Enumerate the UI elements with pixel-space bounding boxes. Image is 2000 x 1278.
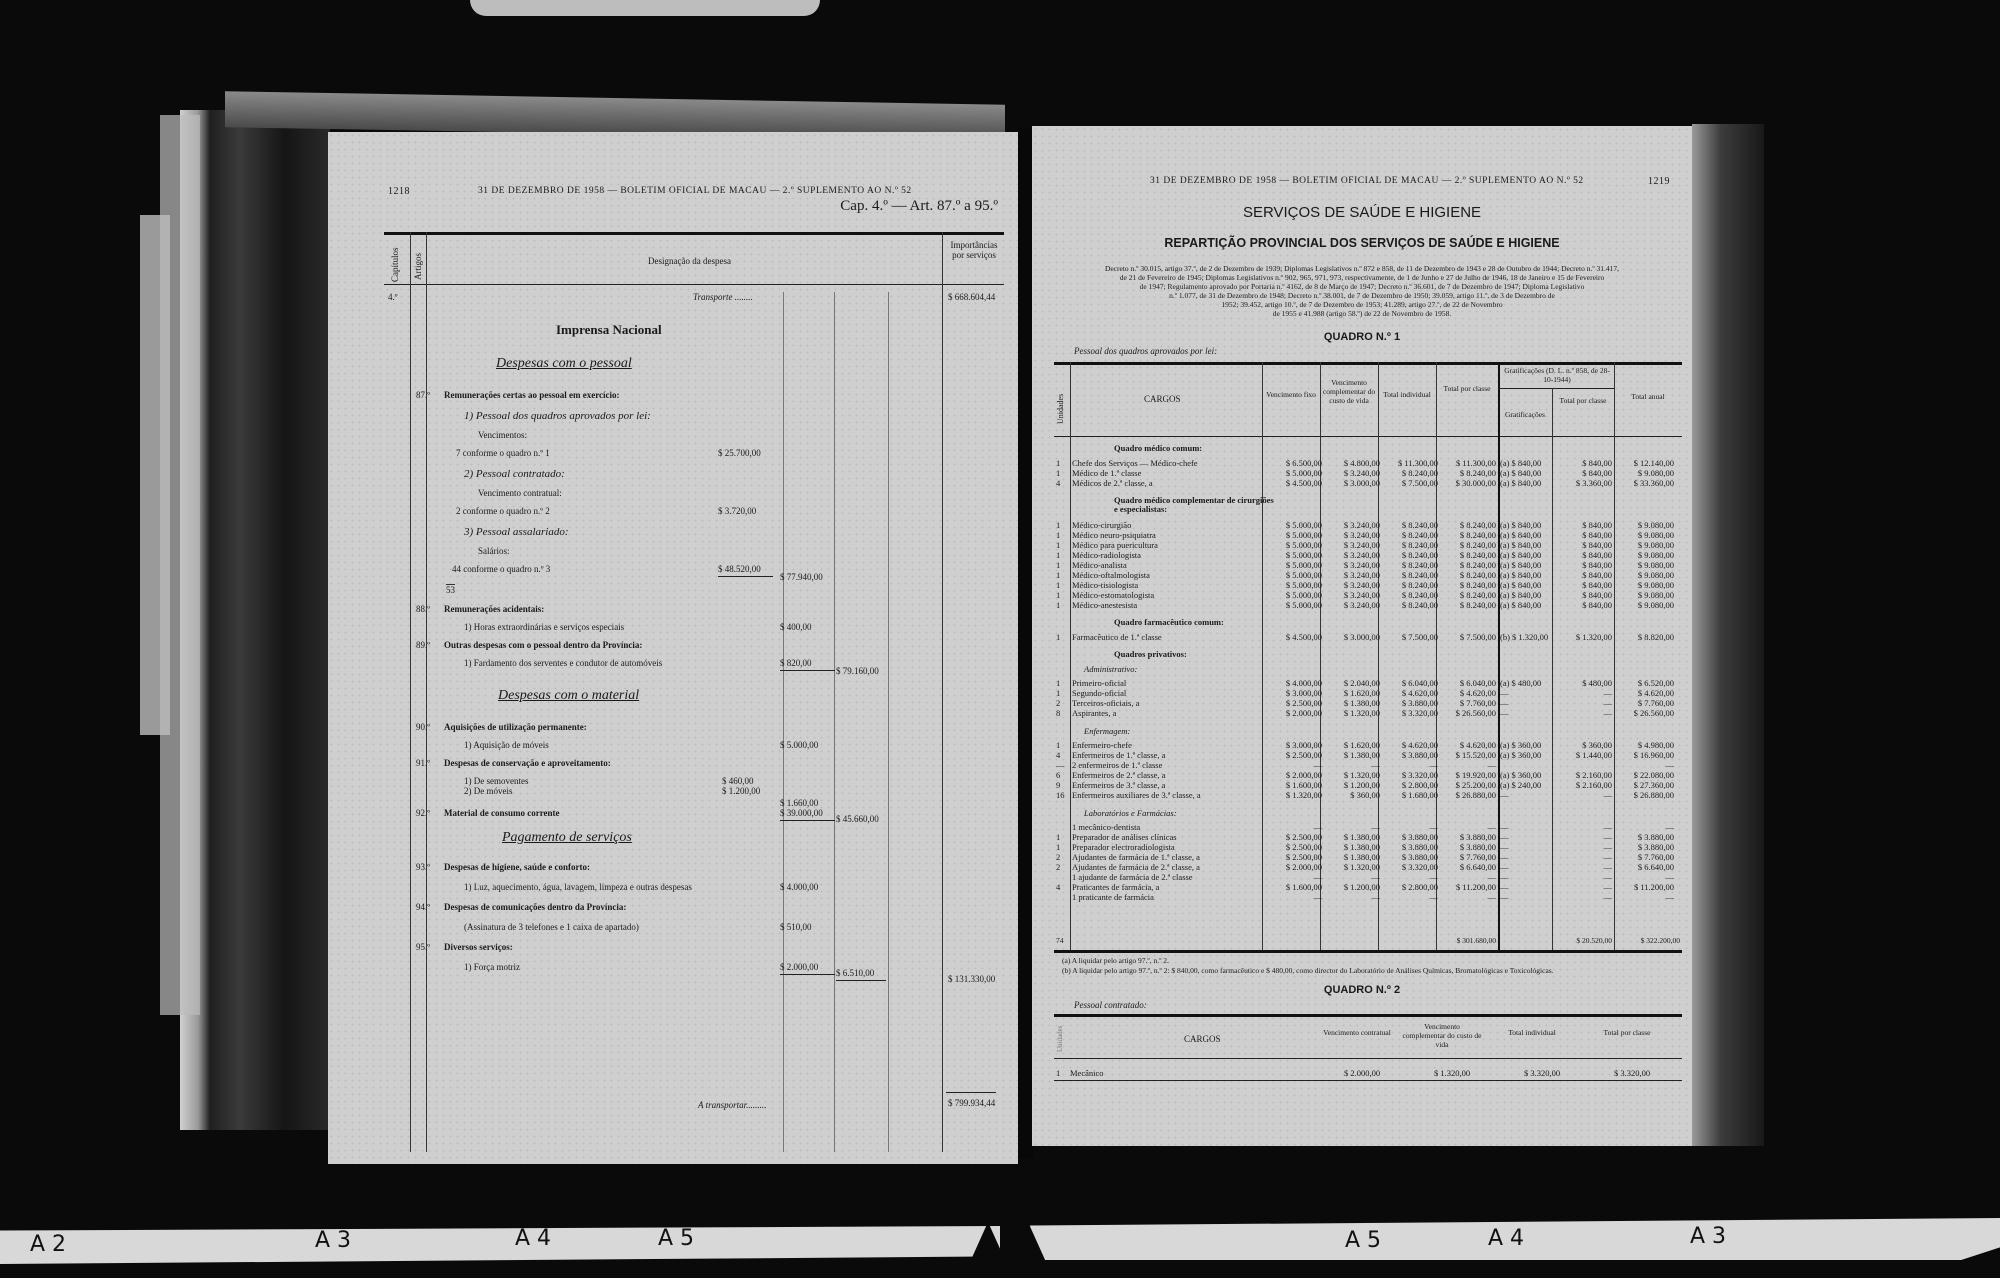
cell-u: 2 [1056,698,1060,708]
cell-vf: $ 5.000,00 [1264,530,1322,540]
cell-gt: $ 840,00 [1554,520,1612,530]
cell-ti: $ 2.800,00 [1380,780,1438,790]
cell-vc: $ 3.000,00 [1322,478,1380,488]
table-row: 1Enfermeiro-chefe$ 3.000,00$ 1.620,00$ 4… [1054,740,1682,750]
cell-vc: $ 1.380,00 [1322,832,1380,842]
cell-ta: $ 9.080,00 [1616,570,1674,580]
cell-g: — [1500,842,1509,852]
cell-vf: $ 2.000,00 [1264,770,1322,780]
cell-tc: — [1438,892,1496,902]
cell-u: 1 [1056,842,1060,852]
cell-ti: $ 8.240,00 [1380,570,1438,580]
cell-ti: — [1380,872,1438,882]
a-transportar-label: A transportar......... [698,1100,766,1110]
cell-vf: $ 2.500,00 [1264,750,1322,760]
cell-ti: $ 7.500,00 [1380,478,1438,488]
cell-tc: $ 8.240,00 [1438,560,1496,570]
table-row: 1Primeiro-oficial$ 4.000,00$ 2.040,00$ 6… [1054,678,1682,688]
cell-ta: $ 26.880,00 [1616,790,1674,800]
cell-g: — [1500,688,1509,698]
cell-gt: — [1554,698,1612,708]
table-row: 1 ajudante de farmácia de 2.ª classe————… [1054,872,1682,882]
cell-tc: $ 4.620,00 [1438,740,1496,750]
item-line: 1) Aquisição de móveis [464,740,549,750]
cell-g: (a) $ 840,00 [1500,550,1541,560]
cell-tc: $ 8.240,00 [1438,530,1496,540]
table-row: 1Farmacêutico de 1.ª classe$ 4.500,00$ 3… [1054,632,1682,642]
cell-u: 1 [1056,740,1060,750]
item-line: 2) De móveis [464,786,513,796]
cell-g: (a) $ 840,00 [1500,590,1541,600]
table-row: 1Médico para puericultura$ 5.000,00$ 3.2… [1054,540,1682,550]
frame-mark: A 4 [1488,1226,1524,1251]
item-line: 1) De semoventes [464,776,528,786]
quadro2-title: QUADRO N.º 2 [1032,984,1692,996]
table-row: 2Ajudantes de farmácia de 1.ª classe, a$… [1054,852,1682,862]
cell-gt: — [1554,688,1612,698]
cell-tc: — [1438,872,1496,882]
section-heading: Quadro médico comum: [1114,444,1274,453]
section-subheading: Administrativo: [1084,664,1137,674]
service-total: $ 131.330,00 [948,974,995,984]
table-row: 1 Mecânico $ 2.000,00 $ 1.320,00 $ 3.320… [1054,1068,1682,1078]
cell-ta: $ 4.620,00 [1616,688,1674,698]
cell-ta: — [1616,892,1674,902]
item-value: $ 5.000,00 [780,740,818,750]
cell-gt: — [1554,822,1612,832]
cell-u: 2 [1056,862,1060,872]
group-total: $ 79.160,00 [836,666,879,676]
cell-gt: $ 840,00 [1554,600,1612,610]
cell-u: 1 [1056,600,1060,610]
q1-col-grat: Gratificações [1498,410,1552,419]
cell-ti: $ 3.320,00 [1380,770,1438,780]
frame-mark: A 5 [1345,1228,1381,1253]
cell-u: 9 [1056,780,1060,790]
cell-g: (a) $ 840,00 [1500,570,1541,580]
cell-tc: $ 11.300,00 [1438,458,1496,468]
cell-vf: $ 5.000,00 [1264,560,1322,570]
item-line: 1) Luz, aquecimento, água, lavagem, limp… [464,882,692,892]
cell-vf: $ 2.000,00 [1264,708,1322,718]
cell-cargo: Médico neuro-psiquiatra [1072,530,1156,540]
cell-g: (a) $ 840,00 [1500,478,1541,488]
cell-gt: — [1554,852,1612,862]
table-row: 1 praticante de farmácia——————— [1054,892,1682,902]
book-page-stack-right [1692,124,1764,1146]
section-title: Imprensa Nacional [556,322,662,338]
cell-cargo: 1 mecânico-dentista [1072,822,1140,832]
cell-cargo: Ajudantes de farmácia de 2.ª classe, a [1072,862,1200,872]
cell-u: 16 [1056,790,1065,800]
table-row: 1Médico-oftalmologista$ 5.000,00$ 3.240,… [1054,570,1682,580]
cell-ta: $ 9.080,00 [1616,590,1674,600]
cell-g: — [1500,832,1509,842]
cell-tc: $ 3.880,00 [1438,832,1496,842]
cell-tc: $ 8.240,00 [1438,468,1496,478]
cell-cargo: Enfermeiros de 3.ª classe, a [1072,780,1165,790]
article-title: Aquisições de utilização permanente: [444,722,587,732]
cell-u: 1 [1056,540,1060,550]
cell-cargo: Segundo-oficial [1072,688,1126,698]
item-value: $ 4.000,00 [780,882,818,892]
cell-u: 1 [1056,458,1060,468]
item-sub: Vencimento contratual: [478,488,562,498]
item-value: $ 48.520,00 [718,564,761,574]
item-line: 1) Horas extraordinárias e serviços espe… [464,622,624,632]
item-line: 1) Fardamento dos serventes e condutor d… [464,658,662,668]
table-row: 1Preparador electroradiologista$ 2.500,0… [1054,842,1682,852]
cell-ti: — [1380,822,1438,832]
q1-col-total-ind: Total individual [1378,390,1436,399]
cell-vc: $ 1.380,00 [1322,842,1380,852]
cell-ti: $ 8.240,00 [1380,540,1438,550]
cell-cargo: Aspirantes, a [1072,708,1116,718]
q1-col-venc-compl: Vencimento complementar do custo de vida [1320,378,1378,405]
cell-vc: $ 3.000,00 [1322,632,1380,642]
cell-u: 1 [1056,570,1060,580]
cell-tc: $ 8.240,00 [1438,520,1496,530]
cell-g: — [1500,698,1509,708]
cell-g: (a) $ 840,00 [1500,580,1541,590]
cell-ti: $ 3.880,00 [1380,842,1438,852]
item-label: 1) Pessoal dos quadros aprovados por lei… [464,410,651,422]
cell-gt: $ 840,00 [1554,550,1612,560]
cell-vc: $ 1.320,00 [1322,770,1380,780]
cell-gt: $ 840,00 [1554,540,1612,550]
cell-g: (a) $ 840,00 [1500,560,1541,570]
article-title: Remunerações certas ao pessoal em exercí… [444,390,620,400]
cell-gt: $ 360,00 [1554,740,1612,750]
q1-total-anual: $ 322.200,00 [1614,936,1680,945]
cell-vf: $ 1.320,00 [1264,790,1322,800]
cell-ta: $ 33.360,00 [1616,478,1674,488]
cell-vc: — [1322,822,1380,832]
cell-cargo: Terceiros-oficiais, a [1072,698,1139,708]
cell-g: — [1500,892,1509,902]
section-subheading: Enfermagem: [1084,726,1130,736]
cell-vc: $ 360,00 [1322,790,1380,800]
cell-ti: $ 4.620,00 [1380,740,1438,750]
cell-gt: $ 840,00 [1554,560,1612,570]
cell-vf: $ 2.500,00 [1264,698,1322,708]
quadro1-title: QUADRO N.º 1 [1032,331,1692,343]
cell-vf: $ 1.600,00 [1264,780,1322,790]
cell-vf: $ 5.000,00 [1264,600,1322,610]
cell-cargo: Médico-oftalmologista [1072,570,1150,580]
cell-ta: $ 3.880,00 [1616,832,1674,842]
q1-total-classe: $ 301.680,00 [1436,936,1496,945]
cell-tc: — [1438,760,1496,770]
cell-vf: $ 4.500,00 [1264,632,1322,642]
film-top-edge [470,0,820,16]
subtotal-value: $ 1.660,00 [780,798,818,808]
q1-total-grat: $ 20.520,00 [1552,936,1612,945]
cell-cargo: Preparador electroradiologista [1072,842,1175,852]
cell-tc: $ 7.760,00 [1438,852,1496,862]
table-row: 1Médico de 1.ª classe$ 5.000,00$ 3.240,0… [1054,468,1682,478]
table-row: 1Médico-anestesista$ 5.000,00$ 3.240,00$… [1054,600,1682,610]
group-total: $ 6.510,00 [836,968,874,978]
col-artigos: Artigos [413,246,423,280]
cell-tc: $ 26.880,00 [1438,790,1496,800]
q1-col-total-anual: Total anual [1614,392,1682,401]
group-heading: Despesas com o material [498,688,639,704]
cell-vf: — [1264,872,1322,882]
cell-tc: $ 26.560,00 [1438,708,1496,718]
article-number: 94.º [416,902,430,912]
transporte-label: Transporte ........ [693,292,753,302]
quadro1-body: Quadro médico comum:1Chefe dos Serviços … [1054,444,1682,964]
cell-gt: $ 2.160,00 [1554,780,1612,790]
cell-ti: $ 8.240,00 [1380,530,1438,540]
cell-cargo: Praticantes de farmácia, a [1072,882,1159,892]
cell-vc: $ 1.200,00 [1322,882,1380,892]
q2-col-compl: Vencimento complementar do custo de vida [1402,1022,1482,1049]
cell-u: 4 [1056,882,1060,892]
cell-u: 1 [1056,688,1060,698]
item-value: $ 3.720,00 [718,506,756,516]
cell-cargo: Ajudantes de farmácia de 1.ª classe, a [1072,852,1200,862]
cell-tc: $ 15.520,00 [1438,750,1496,760]
cell-vf: $ 2.500,00 [1264,852,1322,862]
cell-tc: $ 8.240,00 [1438,580,1496,590]
cell-ti: $ 6.040,00 [1380,678,1438,688]
cell-u: 2 [1056,852,1060,862]
cell-vc: — [1322,892,1380,902]
table-row: 8Aspirantes, a$ 2.000,00$ 1.320,00$ 3.32… [1054,708,1682,718]
cell-tc: — [1438,822,1496,832]
cell-vf: $ 4.500,00 [1264,478,1322,488]
cell-cargo: Preparador de análises clínicas [1072,832,1177,842]
cell-tc: $ 4.620,00 [1438,688,1496,698]
cell-gt: — [1554,842,1612,852]
cell-tc: $ 30.000,00 [1438,478,1496,488]
cell-cargo: Médico de 1.ª classe [1072,468,1141,478]
q2-col-total-classe: Total por classe [1592,1028,1662,1037]
cell-gt: $ 840,00 [1554,530,1612,540]
cell-ti: $ 8.240,00 [1380,468,1438,478]
cell-u: 1 [1056,580,1060,590]
table-row: 1Segundo-oficial$ 3.000,00$ 1.620,00$ 4.… [1054,688,1682,698]
cell-ta: $ 9.080,00 [1616,530,1674,540]
cell-tc: $ 19.920,00 [1438,770,1496,780]
cell-ta: $ 9.080,00 [1616,550,1674,560]
cell-tc: $ 8.240,00 [1438,600,1496,610]
article-number: 93.º [416,862,430,872]
frame-mark: A 5 [658,1226,694,1251]
table-row: 1Médico-radiologista$ 5.000,00$ 3.240,00… [1054,550,1682,560]
cell-gt: — [1554,862,1612,872]
cell-vf: $ 5.000,00 [1264,570,1322,580]
cell-gt: — [1554,872,1612,882]
table-row: 2Ajudantes de farmácia de 2.ª classe, a$… [1054,862,1682,872]
legal-basis: Decreto n.º 30.015, artigo 37.º, de 2 de… [1032,264,1692,318]
table-row: 4Enfermeiros de 1.ª classe, a$ 2.500,00$… [1054,750,1682,760]
table-row: 1Médico-tisiologista$ 5.000,00$ 3.240,00… [1054,580,1682,590]
cell-vf: $ 5.000,00 [1264,520,1322,530]
item-value: $ 39.000,00 [780,808,823,818]
item-line: 7 conforme o quadro n.º 1 [456,448,550,458]
table-row: 1Preparador de análises clínicas$ 2.500,… [1054,832,1682,842]
cell-cargo: Enfermeiro-chefe [1072,740,1132,750]
footnote-a: (a) A liquidar pelo artigo 97.º, n.º 2. [1062,956,1169,965]
cell-cargo: 2 enfermeiros de 1.ª classe [1072,760,1162,770]
cell-vf: $ 3.000,00 [1264,740,1322,750]
cell-ta: $ 12.140,00 [1616,458,1674,468]
cell-u: 1 [1056,520,1060,530]
cell-ti: $ 3.880,00 [1380,832,1438,842]
cell-tc: $ 6.640,00 [1438,862,1496,872]
cell-ti: $ 11.300,00 [1380,458,1438,468]
cell-vc: $ 3.240,00 [1322,580,1380,590]
frame-mark: A 2 [30,1232,66,1257]
item-line: 1) Força motriz [464,962,520,972]
running-header: 31 DE DEZEMBRO DE 1958 — BOLETIM OFICIAL… [1150,176,1584,186]
cell-vf: $ 5.000,00 [1264,550,1322,560]
cell-ta: $ 6.640,00 [1616,862,1674,872]
page-number: 1218 [388,186,410,197]
section-heading: Quadro médico complementar de cirurgiões… [1114,496,1274,514]
cell-cargo: Médico-anestesista [1072,600,1137,610]
cell-g: (a) $ 480,00 [1500,678,1541,688]
cell-gt: $ 2.160,00 [1554,770,1612,780]
item-value: $ 510,00 [780,922,812,932]
loose-leaf-edge [160,115,200,1015]
footnote-b: (b) A liquidar pelo artigo 97.º, n.º 2: … [1062,966,1554,975]
cell-gt: — [1554,708,1612,718]
cell-u: 8 [1056,708,1060,718]
right-page: 31 DE DEZEMBRO DE 1958 — BOLETIM OFICIAL… [1032,126,1692,1146]
cell-cargo: Chefe dos Serviços — Médico-chefe [1072,458,1198,468]
book-page-stack-left [180,110,330,1130]
cell-g: — [1500,790,1509,800]
subtotal-value: $ 77.940,00 [780,572,823,582]
table-row: —2 enfermeiros de 1.ª classe————— [1054,760,1682,770]
quadro2-caption: Pessoal contratado: [1074,1000,1147,1010]
cell-g: (a) $ 840,00 [1500,530,1541,540]
item-label: 3) Pessoal assalariado: [464,526,569,538]
table-row: 1Médico-estomatologista$ 5.000,00$ 3.240… [1054,590,1682,600]
cell-ta: $ 9.080,00 [1616,580,1674,590]
cell-g: (a) $ 840,00 [1500,600,1541,610]
cell-cargo: 1 praticante de farmácia [1072,892,1154,902]
cell-gt: $ 840,00 [1554,468,1612,478]
frame-mark: A 3 [315,1228,351,1253]
cell-vf: $ 2.000,00 [1264,862,1322,872]
cell-g: — [1500,852,1509,862]
cell-ti: $ 2.800,00 [1380,882,1438,892]
left-page: 1218 31 DE DEZEMBRO DE 1958 — BOLETIM OF… [328,132,1018,1164]
table-row: 4Praticantes de farmácia, a$ 1.600,00$ 1… [1054,882,1682,892]
article-number: 87.º [416,390,430,400]
cell-tc: $ 3.880,00 [1438,842,1496,852]
col-designacao: Designação da despesa [648,256,731,266]
cell-vf: $ 5.000,00 [1264,468,1322,478]
cell-g: (a) $ 240,00 [1500,780,1541,790]
item-value: $ 460,00 [722,776,754,786]
col-importancias: Importâncias por serviços [944,240,1004,260]
table-row: 1Médico-cirurgião$ 5.000,00$ 3.240,00$ 8… [1054,520,1682,530]
q2-col-unidades: Unidades [1056,1026,1064,1052]
cell-gt: — [1554,882,1612,892]
cell-ta: $ 7.760,00 [1616,698,1674,708]
table-row: 1Médico-analista$ 5.000,00$ 3.240,00$ 8.… [1054,560,1682,570]
cell-ta: — [1616,872,1674,882]
cell-vc: $ 3.240,00 [1322,600,1380,610]
cell-ta: $ 27.360,00 [1616,780,1674,790]
cell-ti: $ 8.240,00 [1380,560,1438,570]
cell-vf: $ 2.500,00 [1264,832,1322,842]
page-subtitle: REPARTIÇÃO PROVINCIAL DOS SERVIÇOS DE SA… [1032,236,1692,250]
cell-gt: $ 840,00 [1554,458,1612,468]
cell-vf: — [1264,892,1322,902]
cell-tc: $ 25.200,00 [1438,780,1496,790]
cell-g: (a) $ 840,00 [1500,540,1541,550]
page-number: 1219 [1648,176,1670,187]
cell-ti: — [1380,892,1438,902]
cell-vc: $ 3.240,00 [1322,590,1380,600]
article-number: 88.º [416,604,430,614]
table-row: 2Terceiros-oficiais, a$ 2.500,00$ 1.380,… [1054,698,1682,708]
cell-ti: $ 1.680,00 [1380,790,1438,800]
cell-ta: $ 9.080,00 [1616,600,1674,610]
cell-vf: — [1264,760,1322,770]
cell-gt: $ 1.440,00 [1554,750,1612,760]
cell-ta: $ 4.980,00 [1616,740,1674,750]
cell-vc: $ 3.240,00 [1322,570,1380,580]
table-row: 16Enfermeiros auxiliares de 3.ª classe, … [1054,790,1682,800]
article-title: Material de consumo corrente [444,808,560,818]
cell-cargo: Médico-tisiologista [1072,580,1138,590]
q1-col-unidades: Unidades [1056,380,1065,424]
cell-ta: $ 9.080,00 [1616,560,1674,570]
group-heading: Despesas com o pessoal [496,356,632,372]
cell-ta: $ 9.080,00 [1616,520,1674,530]
article-title: Diversos serviços: [444,942,513,952]
cell-ti: $ 8.240,00 [1380,590,1438,600]
cell-ta: $ 26.560,00 [1616,708,1674,718]
cell-ta: — [1616,822,1674,832]
cell-vf: $ 2.500,00 [1264,842,1322,852]
quadro1-caption: Pessoal dos quadros aprovados por lei: [1074,346,1217,356]
cell-vf: — [1264,822,1322,832]
cell-cargo: Médico-estomatologista [1072,590,1154,600]
cell-vc: $ 3.240,00 [1322,550,1380,560]
cell-g: (b) $ 1.320,00 [1500,632,1548,642]
cell-u: 1 [1056,468,1060,478]
cell-cargo: 1 ajudante de farmácia de 2.ª classe [1072,872,1193,882]
q1-col-total-classe: Total por classe [1436,384,1498,393]
cell-gt: $ 3.360,00 [1554,478,1612,488]
cell-gt: — [1554,892,1612,902]
cell-tc: $ 7.500,00 [1438,632,1496,642]
cell-vf: $ 5.000,00 [1264,590,1322,600]
cell-g: (a) $ 360,00 [1500,750,1541,760]
cell-ti: $ 3.320,00 [1380,708,1438,718]
cell-tc: $ 8.240,00 [1438,570,1496,580]
cell-vc: $ 1.380,00 [1322,750,1380,760]
cell-cargo: Enfermeiros auxiliares de 3.ª classe, a [1072,790,1201,800]
film-notch [970,1222,1006,1262]
item-sub: Salários: [478,546,510,556]
item-value: $ 1.200,00 [722,786,760,796]
cell-vc: $ 1.200,00 [1322,780,1380,790]
cell-ta: $ 8.820,00 [1616,632,1674,642]
cell-vc: $ 2.040,00 [1322,678,1380,688]
q1-total-units: 74 [1056,936,1064,945]
table-row: 6Enfermeiros de 2.ª classe, a$ 2.000,00$… [1054,770,1682,780]
